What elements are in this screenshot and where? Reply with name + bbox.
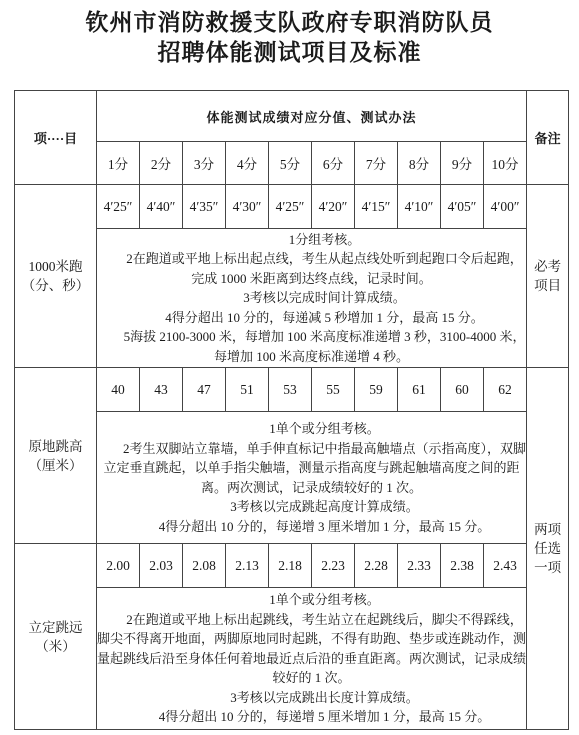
longjump-value-5: 2.18 bbox=[269, 544, 312, 588]
highjump-method-step-3: 3考核以完成跳起高度计算成绩。 bbox=[97, 497, 526, 517]
run-method-row: 1分组考核。 2在跑道或平地上标出起点线，考生从起点线处听到起跑口令后起跑，完成… bbox=[15, 229, 569, 368]
remark-mandatory: 必考 项目 bbox=[527, 185, 569, 368]
project-column-header: 项····目 bbox=[15, 91, 97, 185]
longjump-method-step-4: 4得分超出 10 分的，每递增 5 厘米增加 1 分，最高 15 分。 bbox=[97, 707, 526, 727]
score-label-7: 7分 bbox=[355, 142, 398, 185]
project-name-highjump: 原地跳高 （厘米） bbox=[15, 368, 97, 544]
longjump-value-9: 2.38 bbox=[441, 544, 484, 588]
run-method-step-3: 3考核以完成时间计算成绩。 bbox=[97, 288, 526, 308]
run-value-7: 4′15″ bbox=[355, 185, 398, 229]
highjump-value-5: 53 bbox=[269, 368, 312, 412]
longjump-method-step-3: 3考核以完成跳出长度计算成绩。 bbox=[97, 688, 526, 708]
highjump-value-1: 40 bbox=[97, 368, 140, 412]
score-label-9: 9分 bbox=[441, 142, 484, 185]
run-method-step-5: 5海拔 2100-3000 米，每增加 100 米高度标准递增 3 秒，3100… bbox=[97, 327, 526, 366]
remark-choose-one-line1: 两项 bbox=[527, 520, 568, 539]
highjump-value-9: 60 bbox=[441, 368, 484, 412]
remark-choose-one-line2: 任选 bbox=[527, 539, 568, 558]
remark-choose-one: 两项 任选 一项 bbox=[527, 368, 569, 730]
run-method-step-4: 4得分超出 10 分的，每递减 5 秒增加 1 分，最高 15 分。 bbox=[97, 308, 526, 328]
remark-mandatory-line1: 必考 bbox=[527, 257, 568, 276]
highjump-value-2: 43 bbox=[140, 368, 183, 412]
longjump-value-2: 2.03 bbox=[140, 544, 183, 588]
project-name-highjump-line1: 原地跳高 bbox=[15, 437, 96, 456]
project-name-run-line2: （分、秒） bbox=[15, 276, 96, 295]
remark-column-header: 备注 bbox=[527, 91, 569, 185]
run-value-8: 4′10″ bbox=[398, 185, 441, 229]
score-method-header: 体能测试成绩对应分值、测试办法 bbox=[97, 91, 527, 142]
run-value-4: 4′30″ bbox=[226, 185, 269, 229]
run-value-6: 4′20″ bbox=[312, 185, 355, 229]
project-name-run: 1000米跑 （分、秒） bbox=[15, 185, 97, 368]
longjump-value-6: 2.23 bbox=[312, 544, 355, 588]
project-name-longjump-line1: 立定跳远 bbox=[15, 618, 96, 637]
longjump-value-8: 2.33 bbox=[398, 544, 441, 588]
project-name-highjump-line2: （厘米） bbox=[15, 456, 96, 475]
longjump-method-cell: 1单个或分组考核。 2在跑道或平地上标出起跳线，考生站立在起跳线后，脚尖不得踩线… bbox=[97, 588, 527, 730]
highjump-value-6: 55 bbox=[312, 368, 355, 412]
project-name-longjump-line2: （米） bbox=[15, 637, 96, 656]
score-label-6: 6分 bbox=[312, 142, 355, 185]
title-line-1: 钦州市消防救援支队政府专职消防队员 bbox=[0, 8, 579, 38]
longjump-value-1: 2.00 bbox=[97, 544, 140, 588]
highjump-value-8: 61 bbox=[398, 368, 441, 412]
score-label-8: 8分 bbox=[398, 142, 441, 185]
run-method-cell: 1分组考核。 2在跑道或平地上标出起点线，考生从起点线处听到起跑口令后起跑，完成… bbox=[97, 229, 527, 368]
highjump-value-3: 47 bbox=[183, 368, 226, 412]
score-label-4: 4分 bbox=[226, 142, 269, 185]
score-label-1: 1分 bbox=[97, 142, 140, 185]
document-title: 钦州市消防救援支队政府专职消防队员 招聘体能测试项目及标准 bbox=[0, 0, 579, 68]
score-label-2: 2分 bbox=[140, 142, 183, 185]
highjump-values-row: 原地跳高 （厘米） 40 43 47 51 53 55 59 61 60 62 … bbox=[15, 368, 569, 412]
header-row-main: 项····目 体能测试成绩对应分值、测试办法 备注 bbox=[15, 91, 569, 142]
highjump-value-7: 59 bbox=[355, 368, 398, 412]
remark-mandatory-line2: 项目 bbox=[527, 276, 568, 295]
highjump-method-step-1: 1单个或分组考核。 bbox=[97, 419, 526, 439]
title-line-2: 招聘体能测试项目及标准 bbox=[0, 38, 579, 68]
run-values-row: 1000米跑 （分、秒） 4′25″ 4′40″ 4′35″ 4′30″ 4′2… bbox=[15, 185, 569, 229]
project-name-longjump: 立定跳远 （米） bbox=[15, 544, 97, 730]
score-label-10: 10分 bbox=[484, 142, 527, 185]
longjump-value-4: 2.13 bbox=[226, 544, 269, 588]
run-value-1: 4′25″ bbox=[97, 185, 140, 229]
score-label-5: 5分 bbox=[269, 142, 312, 185]
longjump-value-10: 2.43 bbox=[484, 544, 527, 588]
score-label-3: 3分 bbox=[183, 142, 226, 185]
longjump-value-3: 2.08 bbox=[183, 544, 226, 588]
header-row-scores: 1分 2分 3分 4分 5分 6分 7分 8分 9分 10分 bbox=[15, 142, 569, 185]
project-name-run-line1: 1000米跑 bbox=[15, 257, 96, 276]
highjump-method-cell: 1单个或分组考核。 2考生双脚站立靠墙，单手伸直标记中指最高触墙点（示指高度），… bbox=[97, 412, 527, 544]
run-value-10: 4′00″ bbox=[484, 185, 527, 229]
fitness-standards-table: 项····目 体能测试成绩对应分值、测试办法 备注 1分 2分 3分 4分 5分… bbox=[14, 90, 569, 730]
document-page: 钦州市消防救援支队政府专职消防队员 招聘体能测试项目及标准 项····目 体能测… bbox=[0, 0, 579, 735]
run-value-2: 4′40″ bbox=[140, 185, 183, 229]
longjump-values-row: 立定跳远 （米） 2.00 2.03 2.08 2.13 2.18 2.23 2… bbox=[15, 544, 569, 588]
remark-choose-one-line3: 一项 bbox=[527, 558, 568, 577]
run-method-step-1: 1分组考核。 bbox=[97, 230, 526, 250]
highjump-value-10: 62 bbox=[484, 368, 527, 412]
longjump-method-row: 1单个或分组考核。 2在跑道或平地上标出起跳线，考生站立在起跳线后，脚尖不得踩线… bbox=[15, 588, 569, 730]
run-value-5: 4′25″ bbox=[269, 185, 312, 229]
highjump-method-row: 1单个或分组考核。 2考生双脚站立靠墙，单手伸直标记中指最高触墙点（示指高度），… bbox=[15, 412, 569, 544]
highjump-value-4: 51 bbox=[226, 368, 269, 412]
longjump-method-step-1: 1单个或分组考核。 bbox=[97, 590, 526, 610]
longjump-value-7: 2.28 bbox=[355, 544, 398, 588]
run-value-3: 4′35″ bbox=[183, 185, 226, 229]
highjump-method-step-2: 2考生双脚站立靠墙，单手伸直标记中指最高触墙点（示指高度），双脚立定垂直跳起，以… bbox=[97, 439, 526, 498]
longjump-method-step-2: 2在跑道或平地上标出起跳线，考生站立在起跳线后，脚尖不得踩线，脚尖不得离开地面，… bbox=[97, 610, 526, 688]
run-method-step-2: 2在跑道或平地上标出起点线，考生从起点线处听到起跑口令后起跑，完成 1000 米… bbox=[97, 249, 526, 288]
run-value-9: 4′05″ bbox=[441, 185, 484, 229]
highjump-method-step-4: 4得分超出 10 分的，每递增 3 厘米增加 1 分，最高 15 分。 bbox=[97, 517, 526, 537]
